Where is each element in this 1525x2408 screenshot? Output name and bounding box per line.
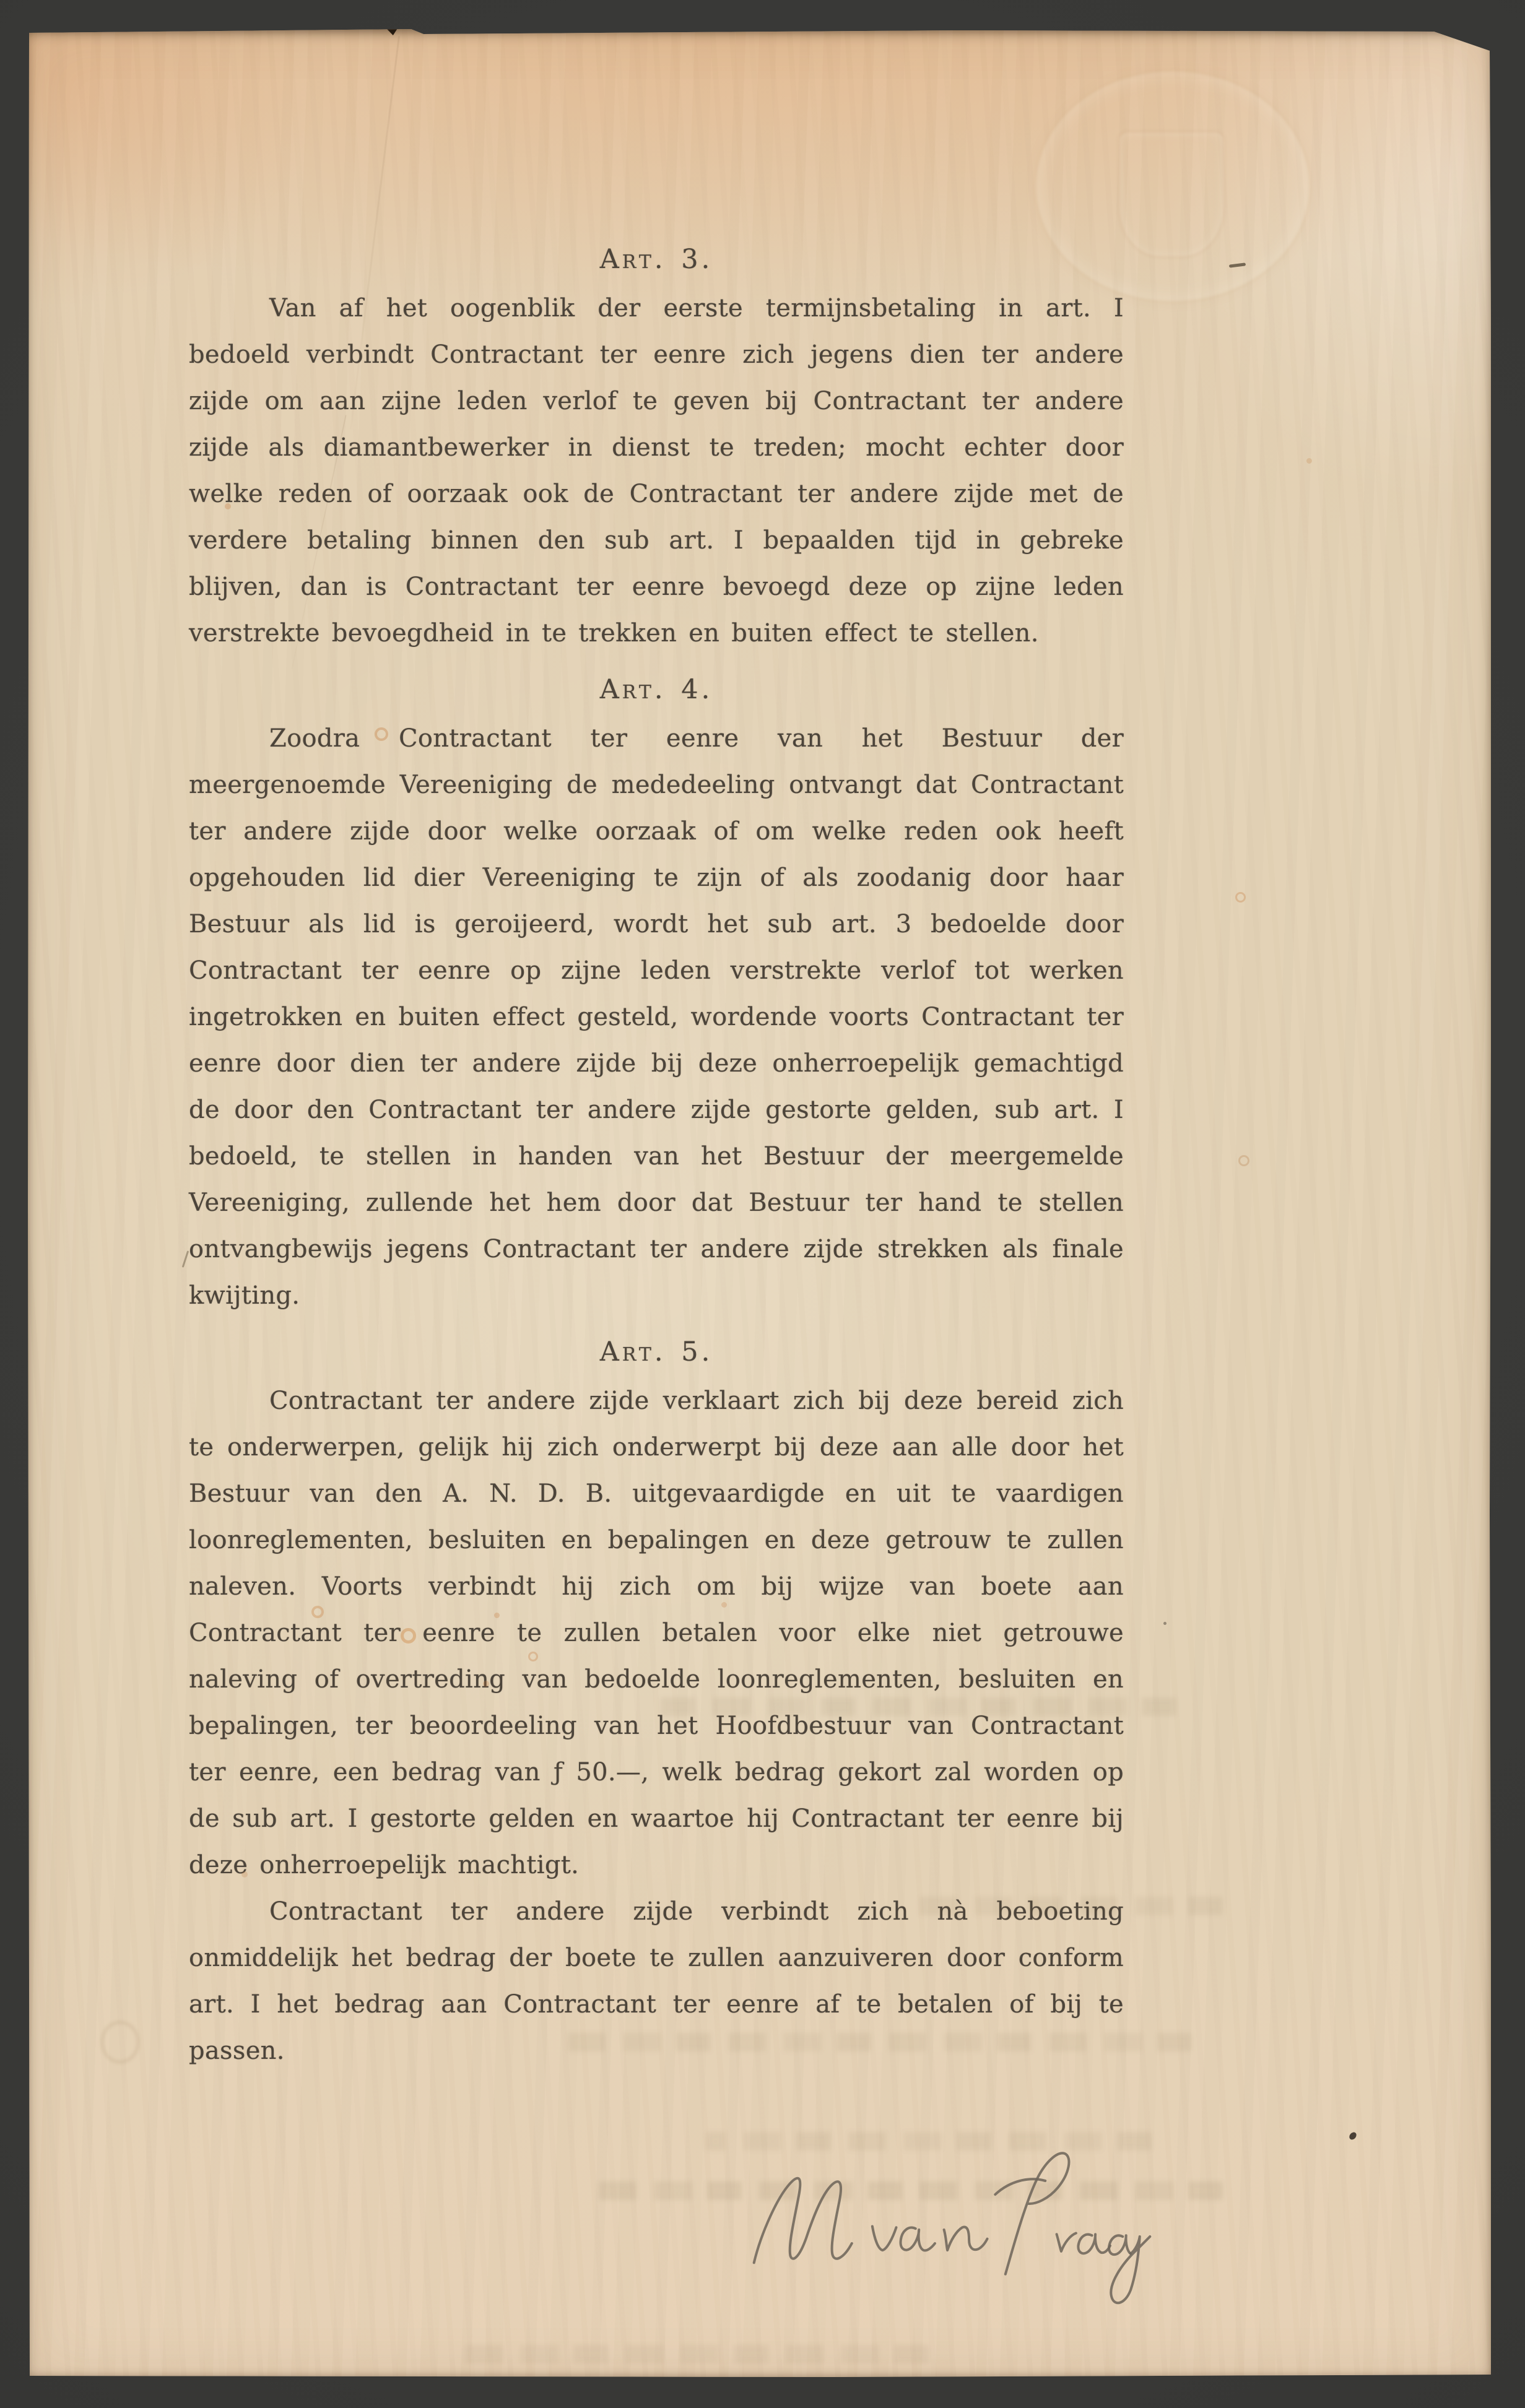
scan-backdrop: Art. 3. Van af het oogenblik der eerste … bbox=[0, 0, 1525, 2408]
seal-shield bbox=[1118, 131, 1225, 258]
foxing-spot bbox=[528, 1652, 538, 1661]
article-4-heading: Art. 4. bbox=[189, 667, 1124, 713]
contract-text: Art. 3. Van af het oogenblik der eerste … bbox=[189, 28, 1124, 2074]
signature-stroke-P-flourish bbox=[995, 2179, 1045, 2194]
article-3: Art. 3. Van af het oogenblik der eerste … bbox=[189, 236, 1124, 657]
foxing-spot bbox=[1238, 1155, 1249, 1166]
foxing-spot bbox=[241, 1871, 248, 1877]
margin-tick-mark bbox=[182, 1250, 189, 1268]
foxing-spot bbox=[375, 727, 388, 741]
signature-stroke-M bbox=[754, 2178, 852, 2263]
signature-stroke-v bbox=[872, 2227, 897, 2251]
article-5-paragraph-1: Contractant ter andere zijde verklaart z… bbox=[189, 1378, 1124, 1889]
signature-stroke-a3 bbox=[1109, 2235, 1131, 2254]
foxing-spot bbox=[225, 503, 231, 509]
signature-stroke-r bbox=[1057, 2233, 1076, 2251]
bleed-through-line bbox=[563, 2033, 1192, 2051]
foxing-spot bbox=[483, 1681, 489, 1687]
foxing-spot bbox=[721, 1602, 727, 1608]
article-3-paragraph: Van af het oogenblik der eerste termijns… bbox=[189, 285, 1124, 657]
document-page: Art. 3. Van af het oogenblik der eerste … bbox=[27, 28, 1491, 2378]
signature-svg bbox=[738, 2121, 1159, 2325]
foxing-spot bbox=[494, 1613, 500, 1618]
bleed-through-line bbox=[916, 1897, 1223, 1915]
article-4-paragraph: Zoodra Contractant ter eenre van het Bes… bbox=[189, 716, 1124, 1319]
article-5-heading: Art. 5. bbox=[189, 1329, 1124, 1375]
faint-ring-mark bbox=[100, 2020, 140, 2064]
foxing-spot bbox=[1306, 458, 1312, 464]
ink-speck bbox=[1348, 2131, 1358, 2141]
foxing-spot bbox=[401, 1628, 416, 1644]
signature-stroke-a bbox=[901, 2228, 935, 2251]
signature-stroke-g-tail bbox=[1111, 2237, 1150, 2303]
bleed-through-line bbox=[659, 1697, 1176, 1716]
signature-handwriting bbox=[738, 2121, 1159, 2325]
bleed-through-line bbox=[464, 2345, 929, 2363]
foxing-spot bbox=[1235, 892, 1246, 903]
article-4: Art. 4. Zoodra Contractant ter eenre van… bbox=[189, 667, 1124, 1319]
signature-stroke-a2 bbox=[1078, 2234, 1110, 2253]
signature-stroke-n bbox=[944, 2227, 988, 2250]
foxing-spot bbox=[311, 1606, 324, 1618]
signature-stroke-P bbox=[1006, 2153, 1069, 2274]
ink-speck bbox=[1163, 1622, 1167, 1625]
article-3-heading: Art. 3. bbox=[189, 236, 1124, 283]
